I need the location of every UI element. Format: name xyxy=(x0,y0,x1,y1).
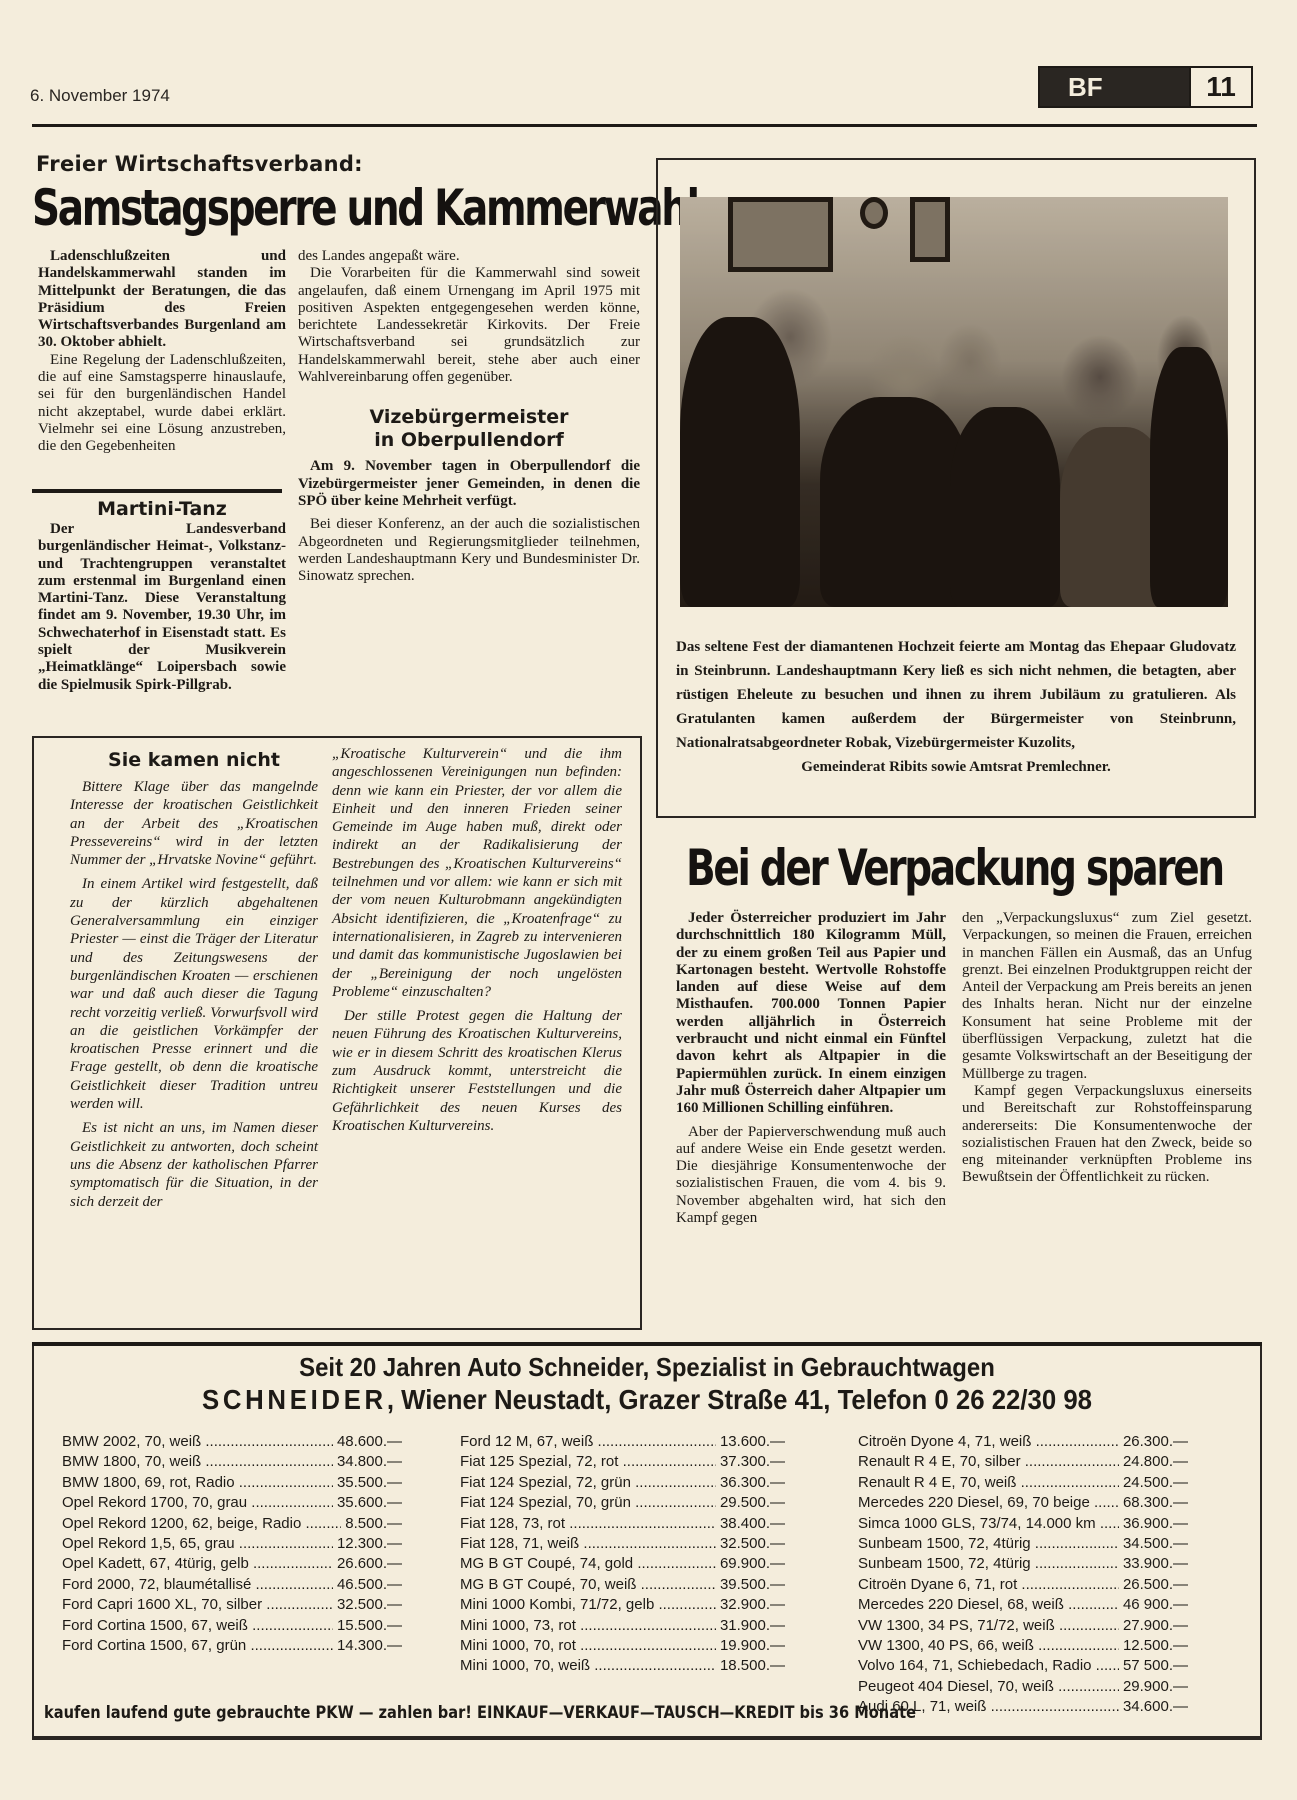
section-badge: BF 11 xyxy=(1038,66,1253,108)
car-listing: Sunbeam 1500, 72, 4türig33.900.— xyxy=(858,1554,1188,1574)
section-label: BF xyxy=(1040,68,1189,106)
car-price: 26.300.— xyxy=(1119,1432,1188,1452)
packaging-column-1: Jeder Österreicher produziert im Jahr du… xyxy=(676,910,946,1227)
ad-title: Seit 20 Jahren Auto Schneider, Spezialis… xyxy=(81,1352,1213,1383)
packaging-paragraph: Aber der Papierverschwendung muß auch au… xyxy=(676,1124,946,1228)
car-price: 34.600.— xyxy=(1119,1697,1188,1717)
ad-brand: SCHNEIDER xyxy=(202,1384,387,1415)
car-listing: Fiat 125 Spezial, 72, rot37.300.— xyxy=(460,1452,785,1472)
car-name: BMW 2002, 70, weiß xyxy=(62,1432,333,1452)
car-listing: BMW 1800, 69, rot, Radio35.500.— xyxy=(62,1473,402,1493)
car-listing: Renault R 4 E, 70, silber24.800.— xyxy=(858,1452,1188,1472)
car-price: 68.300.— xyxy=(1119,1493,1188,1513)
car-price: 57 500.— xyxy=(1119,1656,1188,1676)
croat-headline: Sie kamen nicht xyxy=(70,749,318,772)
car-price: 35.500.— xyxy=(333,1473,402,1493)
car-name: Mini 1000, 70, weiß xyxy=(460,1656,716,1676)
car-name: Ford Cortina 1500, 67, grün xyxy=(62,1636,333,1656)
martini-headline: Martini-Tanz xyxy=(38,498,286,521)
car-price: 29.900.— xyxy=(1119,1677,1188,1697)
car-price: 15.500.— xyxy=(333,1616,402,1636)
car-name: Peugeot 404 Diesel, 70, weiß xyxy=(858,1677,1119,1697)
car-price: 31.900.— xyxy=(716,1616,785,1636)
car-listing: Volvo 164, 71, Schiebedach, Radio57 500.… xyxy=(858,1656,1188,1676)
car-listing: VW 1300, 40 PS, 66, weiß12.500.— xyxy=(858,1636,1188,1656)
croat-column-2: „Kroatische Kulturverein“ und die ihm an… xyxy=(332,745,622,1135)
croat-paragraph: Es ist nicht an uns, im Namen dieser Gei… xyxy=(70,1119,318,1210)
car-listing: Opel Rekord 1,5, 65, grau12.300.— xyxy=(62,1534,402,1554)
car-name: Opel Kadett, 67, 4türig, gelb xyxy=(62,1554,333,1574)
car-name: Mini 1000 Kombi, 71/72, gelb xyxy=(460,1595,716,1615)
article1-lead: Ladenschlußzeiten und Handelskammerwahl … xyxy=(38,248,286,352)
car-listing: Ford Capri 1600 XL, 70, silber32.500.— xyxy=(62,1595,402,1615)
car-name: Ford 2000, 72, blaumétallisé xyxy=(62,1575,333,1595)
vize-lead: Am 9. November tagen in Oberpullendorf d… xyxy=(298,458,640,510)
article1-column-1: Ladenschlußzeiten und Handelskammerwahl … xyxy=(38,248,286,456)
packaging-lead: Jeder Österreicher produziert im Jahr du… xyxy=(676,910,946,1118)
car-name: MG B GT Coupé, 70, weiß xyxy=(460,1575,716,1595)
car-name: Ford Cortina 1500, 67, weiß xyxy=(62,1616,333,1636)
vize-headline: Vizebürgermeister in Oberpullendorf xyxy=(298,406,640,452)
car-listing: Mini 1000, 73, rot31.900.— xyxy=(460,1616,785,1636)
car-name: Citroën Dyone 4, 71, weiß xyxy=(858,1432,1119,1452)
car-listing: Citroën Dyone 4, 71, weiß26.300.— xyxy=(858,1432,1188,1452)
car-listing: Simca 1000 GLS, 73/74, 14.000 km36.900.— xyxy=(858,1514,1188,1534)
car-name: VW 1300, 34 PS, 71/72, weiß xyxy=(858,1616,1119,1636)
croat-column-1: Sie kamen nicht Bittere Klage über das m… xyxy=(70,745,318,1211)
car-price: 12.500.— xyxy=(1119,1636,1188,1656)
car-price: 26.600.— xyxy=(333,1554,402,1574)
car-price: 36.300.— xyxy=(716,1473,785,1493)
car-name: Opel Rekord 1200, 62, beige, Radio xyxy=(62,1514,341,1534)
car-name: Fiat 128, 73, rot xyxy=(460,1514,716,1534)
car-price: 33.900.— xyxy=(1119,1554,1188,1574)
car-listing: Fiat 128, 73, rot38.400.— xyxy=(460,1514,785,1534)
car-listing: Ford 2000, 72, blaumétallisé46.500.— xyxy=(62,1575,402,1595)
anniversary-photo xyxy=(680,197,1228,607)
car-price: 34.500.— xyxy=(1119,1534,1188,1554)
croat-paragraph-cont: „Kroatische Kulturverein“ und die ihm an… xyxy=(332,745,622,1001)
car-listing: Ford Cortina 1500, 67, weiß15.500.— xyxy=(62,1616,402,1636)
car-listing: Fiat 128, 71, weiß32.500.— xyxy=(460,1534,785,1554)
car-price: 36.900.— xyxy=(1119,1514,1188,1534)
car-price: 8.500.— xyxy=(341,1514,402,1534)
section-divider xyxy=(32,489,282,493)
car-price: 32.500.— xyxy=(333,1595,402,1615)
car-price: 46.500.— xyxy=(333,1575,402,1595)
header-rule xyxy=(32,124,1257,127)
croat-paragraph: In einem Artikel wird festgestellt, daß … xyxy=(70,875,318,1113)
car-price: 34.800.— xyxy=(333,1452,402,1472)
car-price: 69.900.— xyxy=(716,1554,785,1574)
article1-kicker: Freier Wirtschaftsverband: xyxy=(36,152,363,176)
car-listing: Mini 1000, 70, rot19.900.— xyxy=(460,1636,785,1656)
car-price: 35.600.— xyxy=(333,1493,402,1513)
article1-paragraph: Eine Regelung der Ladenschlußzeiten, die… xyxy=(38,352,286,456)
packaging-headline: Bei der Verpackung sparen xyxy=(686,838,1223,898)
croat-paragraph: Bittere Klage über das mangelnde Interes… xyxy=(70,778,318,869)
car-listing: Opel Kadett, 67, 4türig, gelb26.600.— xyxy=(62,1554,402,1574)
car-name: Citroën Dyane 6, 71, rot xyxy=(858,1575,1119,1595)
car-name: BMW 1800, 70, weiß xyxy=(62,1452,333,1472)
car-name: Fiat 125 Spezial, 72, rot xyxy=(460,1452,716,1472)
car-price: 46 900.— xyxy=(1119,1595,1188,1615)
car-name: Mercedes 220 Diesel, 68, weiß xyxy=(858,1595,1119,1615)
car-listing: Opel Rekord 1700, 70, grau35.600.— xyxy=(62,1493,402,1513)
car-name: Fiat 128, 71, weiß xyxy=(460,1534,716,1554)
car-name: Renault R 4 E, 70, weiß xyxy=(858,1473,1119,1493)
car-listing: MG B GT Coupé, 70, weiß39.500.— xyxy=(460,1575,785,1595)
car-price: 24.500.— xyxy=(1119,1473,1188,1493)
car-name: Ford Capri 1600 XL, 70, silber xyxy=(62,1595,333,1615)
car-listing: Fiat 124 Spezial, 72, grün36.300.— xyxy=(460,1473,785,1493)
car-price: 12.300.— xyxy=(333,1534,402,1554)
car-name: Fiat 124 Spezial, 72, grün xyxy=(460,1473,716,1493)
car-price: 39.500.— xyxy=(716,1575,785,1595)
car-listing: VW 1300, 34 PS, 71/72, weiß27.900.— xyxy=(858,1616,1188,1636)
car-name: Volvo 164, 71, Schiebedach, Radio xyxy=(858,1656,1119,1676)
car-name: Mercedes 220 Diesel, 69, 70 beige xyxy=(858,1493,1119,1513)
car-price: 24.800.— xyxy=(1119,1452,1188,1472)
car-listing: Fiat 124 Spezial, 70, grün29.500.— xyxy=(460,1493,785,1513)
car-list-column-3: Citroën Dyone 4, 71, weiß26.300.—Renault… xyxy=(858,1432,1188,1718)
car-name: Sunbeam 1500, 72, 4türig xyxy=(858,1534,1119,1554)
page-number: 11 xyxy=(1189,68,1251,106)
ad-footer-slogan: kaufen laufend gute gebrauchte PKW — zah… xyxy=(44,1703,916,1723)
car-price: 27.900.— xyxy=(1119,1616,1188,1636)
car-listing: Renault R 4 E, 70, weiß24.500.— xyxy=(858,1473,1188,1493)
car-listing: Mercedes 220 Diesel, 69, 70 beige68.300.… xyxy=(858,1493,1188,1513)
car-name: Simca 1000 GLS, 73/74, 14.000 km xyxy=(858,1514,1119,1534)
article1-headline: Samstagsperre und Kammerwahl xyxy=(32,178,508,238)
car-listing: Citroën Dyane 6, 71, rot26.500.— xyxy=(858,1575,1188,1595)
car-list-column-2: Ford 12 M, 67, weiß13.600.—Fiat 125 Spez… xyxy=(460,1432,785,1677)
car-listing: Mercedes 220 Diesel, 68, weiß46 900.— xyxy=(858,1595,1188,1615)
car-price: 32.900.— xyxy=(716,1595,785,1615)
car-name: BMW 1800, 69, rot, Radio xyxy=(62,1473,333,1493)
car-name: VW 1300, 40 PS, 66, weiß xyxy=(858,1636,1119,1656)
ad-address: SCHNEIDER, Wiener Neustadt, Grazer Straß… xyxy=(81,1384,1213,1416)
car-list-column-1: BMW 2002, 70, weiß48.600.—BMW 1800, 70, … xyxy=(62,1432,402,1656)
car-price: 13.600.— xyxy=(716,1432,785,1452)
issue-date: 6. November 1974 xyxy=(30,86,170,106)
car-price: 29.500.— xyxy=(716,1493,785,1513)
car-name: MG B GT Coupé, 74, gold xyxy=(460,1554,716,1574)
car-name: Opel Rekord 1,5, 65, grau xyxy=(62,1534,333,1554)
car-listing: Ford 12 M, 67, weiß13.600.— xyxy=(460,1432,785,1452)
car-price: 19.900.— xyxy=(716,1636,785,1656)
car-name: Opel Rekord 1700, 70, grau xyxy=(62,1493,333,1513)
croat-paragraph: Der stille Protest gegen die Haltung der… xyxy=(332,1007,622,1135)
car-price: 38.400.— xyxy=(716,1514,785,1534)
car-price: 18.500.— xyxy=(716,1656,785,1676)
car-listing: BMW 2002, 70, weiß48.600.— xyxy=(62,1432,402,1452)
car-price: 37.300.— xyxy=(716,1452,785,1472)
car-price: 32.500.— xyxy=(716,1534,785,1554)
martini-article: Martini-Tanz Der Landesverband burgenlän… xyxy=(38,498,286,694)
martini-body: Der Landesverband burgenländischer Heima… xyxy=(38,521,286,694)
car-name: Fiat 124 Spezial, 70, grün xyxy=(460,1493,716,1513)
car-name: Mini 1000, 70, rot xyxy=(460,1636,716,1656)
car-listing: Mini 1000, 70, weiß18.500.— xyxy=(460,1656,785,1676)
car-listing: Mini 1000 Kombi, 71/72, gelb32.900.— xyxy=(460,1595,785,1615)
article1-paragraph: Die Vorarbeiten für die Kammerwahl sind … xyxy=(298,265,640,386)
vize-body: Bei dieser Konferenz, an der auch die so… xyxy=(298,516,640,585)
packaging-paragraph: Kampf gegen Verpackungsluxus einerseits … xyxy=(962,1083,1252,1187)
car-name: Renault R 4 E, 70, silber xyxy=(858,1452,1119,1472)
car-listing: Peugeot 404 Diesel, 70, weiß29.900.— xyxy=(858,1677,1188,1697)
photo-caption: Das seltene Fest der diamantenen Hochzei… xyxy=(676,635,1236,779)
car-listing: Ford Cortina 1500, 67, grün14.300.— xyxy=(62,1636,402,1656)
car-name: Sunbeam 1500, 72, 4türig xyxy=(858,1554,1119,1574)
car-name: Mini 1000, 73, rot xyxy=(460,1616,716,1636)
ad-top-rule xyxy=(32,1342,1262,1346)
packaging-paragraph-cont: den „Verpackungsluxus“ zum Ziel gesetzt.… xyxy=(962,910,1252,1083)
car-price: 14.300.— xyxy=(333,1636,402,1656)
car-listing: MG B GT Coupé, 74, gold69.900.— xyxy=(460,1554,785,1574)
car-listing: BMW 1800, 70, weiß34.800.— xyxy=(62,1452,402,1472)
packaging-column-2: den „Verpackungsluxus“ zum Ziel gesetzt.… xyxy=(962,910,1252,1187)
car-price: 26.500.— xyxy=(1119,1575,1188,1595)
article1-paragraph-cont: des Landes angepaßt wäre. xyxy=(298,248,640,265)
car-listing: Opel Rekord 1200, 62, beige, Radio8.500.… xyxy=(62,1514,402,1534)
car-name: Ford 12 M, 67, weiß xyxy=(460,1432,716,1452)
car-price: 48.600.— xyxy=(333,1432,402,1452)
article1-column-2: des Landes angepaßt wäre. Die Vorarbeite… xyxy=(298,248,640,585)
car-listing: Sunbeam 1500, 72, 4türig34.500.— xyxy=(858,1534,1188,1554)
